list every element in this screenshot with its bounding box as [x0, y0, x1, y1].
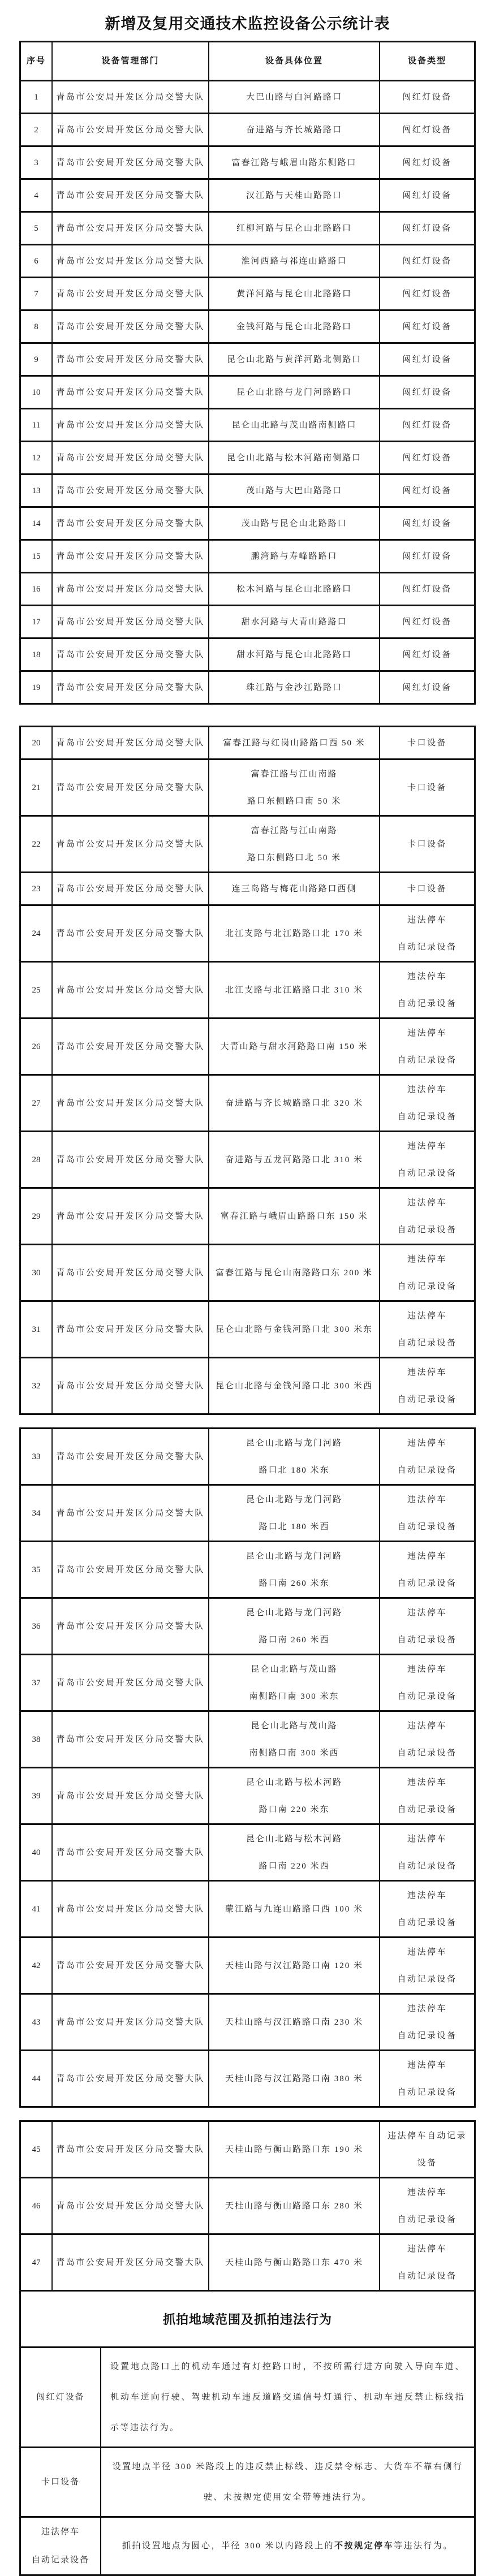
- text-line: 自动记录设备: [397, 1386, 457, 1413]
- cell-location: 昆仑山北路与龙门河路路口北 180 米东: [208, 1429, 379, 1484]
- text-line: 青岛市公安局开发区分局交警大队: [56, 116, 205, 144]
- cell-type: 违法停车自动记录设备: [379, 1995, 474, 2049]
- rows-host: 45 青岛市公安局开发区分局交警大队 天桂山路与衡山路路口东 190 米 违法停…: [21, 2122, 474, 2290]
- cell-num: 28: [21, 1132, 51, 1187]
- legend-type-cell: 卡口设备: [21, 2448, 100, 2516]
- text-line: 自动记录设备: [397, 1216, 457, 1244]
- text-line: 自动记录设备: [397, 1330, 457, 1357]
- cell-dept: 青岛市公安局开发区分局交警大队: [51, 1019, 208, 1074]
- table-row: 14 青岛市公安局开发区分局交警大队 茂山路与昆仑山北路路口 闯红灯设备: [21, 506, 474, 539]
- text-line: 昆仑山北路与黄洋河路北侧路口: [227, 346, 361, 373]
- text-line: 富春江路与昆仑山南路路口东 200 米: [216, 1259, 373, 1287]
- cell-dept: 青岛市公安局开发区分局交警大队: [51, 873, 208, 904]
- cell-location: 富春江路与峨眉山路东侧路口: [208, 147, 379, 178]
- text-line: 23: [32, 875, 41, 903]
- cell-num: 39: [21, 1768, 51, 1823]
- table-row: 43 青岛市公安局开发区分局交警大队 天桂山路与汉江路路口南 230 米 违法停…: [21, 1993, 474, 2049]
- text-line: 青岛市公安局开发区分局交警大队: [56, 576, 205, 603]
- text-line: 闯红灯设备: [402, 149, 452, 176]
- cell-type: 违法停车自动记录设备: [379, 1825, 474, 1880]
- cell-location: 天桂山路与衡山路路口东 470 米: [208, 2235, 379, 2290]
- cell-num: 15: [21, 541, 51, 572]
- cell-dept: 青岛市公安局开发区分局交警大队: [51, 508, 208, 539]
- text-line: 30: [32, 1259, 41, 1287]
- cell-type: 违法停车自动记录设备: [379, 1655, 474, 1710]
- cell-type: 违法停车自动记录设备: [379, 1019, 474, 1074]
- table-row: 10 青岛市公安局开发区分局交警大队 昆仑山北路与龙门河路路口 闯红灯设备: [21, 375, 474, 408]
- text-line: 35: [32, 1556, 41, 1583]
- cell-dept: 青岛市公安局开发区分局交警大队: [51, 963, 208, 1017]
- table-row: 21 青岛市公安局开发区分局交警大队 富春江路与江山南路路口东侧路口南 50 米…: [21, 758, 474, 815]
- text-line: 青岛市公安局开发区分局交警大队: [56, 149, 205, 176]
- cell-dept: 青岛市公安局开发区分局交警大队: [51, 672, 208, 703]
- text-line: 7: [34, 281, 38, 308]
- text-line: 昆仑山北路与龙门河路: [246, 1430, 342, 1457]
- cell-location: 昆仑山北路与松木河路南侧路口: [208, 442, 379, 473]
- cell-type: 违法停车自动记录设备: [379, 1132, 474, 1187]
- table-row: 13 青岛市公安局开发区分局交警大队 茂山路与大巴山路路口 闯红灯设备: [21, 473, 474, 506]
- cell-dept: 青岛市公安局开发区分局交警大队: [51, 727, 208, 758]
- text-line: 青岛市公安局开发区分局交警大队: [56, 1500, 205, 1527]
- text-line: 8: [34, 313, 38, 340]
- text-line: 11: [32, 412, 40, 439]
- text-line: 昆仑山北路与金钱河路口北 300 米东: [216, 1316, 373, 1343]
- text-line: 昆仑山北路与松木河路: [246, 1769, 342, 1796]
- cell-dept: 青岛市公安局开发区分局交警大队: [51, 180, 208, 211]
- text-line: 违法停车: [407, 1020, 447, 1047]
- text-line: 昆仑山北路与金钱河路口北 300 米西: [216, 1373, 373, 1400]
- cell-num: 40: [21, 1825, 51, 1880]
- cell-location: 茂山路与大巴山路路口: [208, 475, 379, 506]
- text-line: 青岛市公安局开发区分局交警大队: [56, 977, 205, 1004]
- table-row: 37 青岛市公安局开发区分局交警大队 昆仑山北路与茂山路南侧路口南 300 米东…: [21, 1654, 474, 1710]
- legend-type-cell: 违法停车自动记录设备: [21, 2518, 100, 2574]
- text-line: 青岛市公安局开发区分局交警大队: [56, 1259, 205, 1287]
- cell-location: 奋进路与齐长城路路口北 320 米: [208, 1076, 379, 1130]
- text-line: 青岛市公安局开发区分局交警大队: [56, 215, 205, 242]
- text-line: 青岛市公安局开发区分局交警大队: [56, 1316, 205, 1343]
- table-row: 1 青岛市公安局开发区分局交警大队 大巴山路与白河路路口 闯红灯设备: [21, 81, 474, 113]
- cell-num: 42: [21, 1938, 51, 1993]
- cell-dept: 青岛市公安局开发区分局交警大队: [51, 606, 208, 637]
- legend-desc-part: 等违法行为。: [394, 2542, 453, 2551]
- cell-dept: 青岛市公安局开发区分局交警大队: [51, 409, 208, 441]
- text-line: 昆仑山北路与茂山路南侧路口: [231, 412, 356, 439]
- cell-num: 20: [21, 727, 51, 758]
- stats-table-section-2: 20 青岛市公安局开发区分局交警大队 富春江路与红岗山路路口西 50 米 卡口设…: [19, 726, 476, 1415]
- legend-title: 抓拍地域范围及抓拍违法行为: [21, 2290, 474, 2346]
- cell-dept: 青岛市公安局开发区分局交警大队: [51, 1882, 208, 1936]
- table-row: 44 青岛市公安局开发区分局交警大队 天桂山路与汉江路路口南 380 米 违法停…: [21, 2049, 474, 2106]
- cell-num: 24: [21, 906, 51, 961]
- cell-type: 闯红灯设备: [379, 442, 474, 473]
- text-line: 昆仑山北路与茂山路: [251, 1656, 337, 1683]
- cell-type: 违法停车自动记录设备: [379, 1076, 474, 1130]
- cell-type: 违法停车自动记录设备: [379, 1429, 474, 1484]
- table-row: 47 青岛市公安局开发区分局交警大队 天桂山路与衡山路路口东 470 米 违法停…: [21, 2233, 474, 2290]
- text-line: 违法停车: [407, 1939, 447, 1966]
- text-line: 违法停车: [407, 1430, 447, 1457]
- text-line: 路口东侧路口南 50 米: [247, 788, 342, 815]
- cell-dept: 青岛市公安局开发区分局交警大队: [51, 2051, 208, 2106]
- text-line: 青岛市公安局开发区分局交警大队: [56, 84, 205, 111]
- text-line: 29: [32, 1203, 41, 1230]
- cell-location: 昆仑山北路与松木河路路口南 220 米东: [208, 1768, 379, 1823]
- text-line: 自动记录设备: [397, 1966, 457, 1993]
- cell-type: 闯红灯设备: [379, 541, 474, 572]
- text-line: 闯红灯设备: [402, 346, 452, 373]
- cell-location: 茂山路与昆仑山北路路口: [208, 508, 379, 539]
- header-cell-location: 设备具体位置: [208, 42, 379, 80]
- cell-location: 珠江路与金沙江路路口: [208, 672, 379, 703]
- text-line: 违法停车: [407, 1656, 447, 1683]
- cell-location: 北江支路与北江路路口北 170 米: [208, 906, 379, 961]
- text-line: 闯红灯设备: [402, 379, 452, 406]
- text-line: 45: [32, 2136, 41, 2163]
- text-line: 21: [32, 774, 41, 801]
- table-row: 40 青岛市公安局开发区分局交警大队 昆仑山北路与松木河路路口南 220 米西 …: [21, 1823, 474, 1880]
- header-cell-dept: 设备管理部门: [51, 42, 208, 80]
- text-line: 46: [32, 2193, 41, 2220]
- cell-dept: 青岛市公安局开发区分局交警大队: [51, 1429, 208, 1484]
- cell-location: 天桂山路与汉江路路口南 380 米: [208, 2051, 379, 2106]
- cell-location: 天桂山路与汉江路路口南 120 米: [208, 1938, 379, 1993]
- section-gap: [0, 2108, 495, 2120]
- cell-num: 21: [21, 760, 51, 815]
- text-line: 1: [34, 84, 38, 111]
- text-line: 青岛市公安局开发区分局交警大队: [56, 1783, 205, 1810]
- text-line: 青岛市公安局开发区分局交警大队: [56, 2193, 205, 2220]
- text-line: 富春江路与峨眉山路路口东 150 米: [220, 1203, 368, 1230]
- text-line: 2: [34, 116, 38, 144]
- cell-type: 闯红灯设备: [379, 278, 474, 309]
- cell-type: 闯红灯设备: [379, 81, 474, 113]
- text-line: 自动记录设备: [397, 1796, 457, 1823]
- text-line: 自动记录设备: [397, 1853, 457, 1880]
- cell-dept: 青岛市公安局开发区分局交警大队: [51, 1245, 208, 1300]
- text-line: 16: [32, 576, 41, 603]
- stats-table-section-3: 33 青岛市公安局开发区分局交警大队 昆仑山北路与龙门河路路口北 180 米东 …: [19, 1427, 476, 2108]
- text-line: 青岛市公安局开发区分局交警大队: [56, 1839, 205, 1866]
- cell-location: 昆仑山北路与龙门河路路口南 260 米东: [208, 1542, 379, 1597]
- text-line: 青岛市公安局开发区分局交警大队: [56, 1090, 205, 1117]
- text-line: 青岛市公安局开发区分局交警大队: [56, 641, 205, 668]
- cell-type: 闯红灯设备: [379, 672, 474, 703]
- cell-num: 34: [21, 1486, 51, 1541]
- cell-location: 大青山路与甜水河路路口南 150 米: [208, 1019, 379, 1074]
- table-row: 24 青岛市公安局开发区分局交警大队 北江支路与北江路路口北 170 米 违法停…: [21, 904, 474, 961]
- text-line: 青岛市公安局开发区分局交警大队: [56, 1146, 205, 1173]
- text-line: 自动记录设备: [397, 1570, 457, 1597]
- table-row: 29 青岛市公安局开发区分局交警大队 富春江路与峨眉山路路口东 150 米 违法…: [21, 1187, 474, 1244]
- cell-dept: 青岛市公安局开发区分局交警大队: [51, 1076, 208, 1130]
- text-line: 奋进路与五龙河路路口北 310 米: [225, 1146, 363, 1173]
- cell-dept: 青岛市公安局开发区分局交警大队: [51, 1486, 208, 1541]
- text-line: 鹏湾路与寿峰路路口: [251, 543, 337, 570]
- table-row: 30 青岛市公安局开发区分局交警大队 富春江路与昆仑山南路路口东 200 米 违…: [21, 1244, 474, 1300]
- text-line: 青岛市公安局开发区分局交警大队: [56, 477, 205, 504]
- cell-num: 37: [21, 1655, 51, 1710]
- section-gap: [0, 1415, 495, 1427]
- text-line: 38: [32, 1726, 41, 1753]
- table-row: 27 青岛市公安局开发区分局交警大队 奋进路与齐长城路路口北 320 米 违法停…: [21, 1074, 474, 1130]
- cell-num: 8: [21, 311, 51, 342]
- cell-dept: 青岛市公安局开发区分局交警大队: [51, 906, 208, 961]
- cell-location: 昆仑山北路与金钱河路口北 300 米西: [208, 1358, 379, 1413]
- text-line: 蒙江路与九连山路路口西 100 米: [225, 1896, 363, 1923]
- cell-location: 蒙江路与九连山路路口西 100 米: [208, 1882, 379, 1936]
- text-line: 12: [32, 445, 41, 472]
- cell-location: 黄洋河路与昆仑山北路路口: [208, 278, 379, 309]
- text-line: 青岛市公安局开发区分局交警大队: [56, 379, 205, 406]
- cell-type: 闯红灯设备: [379, 409, 474, 441]
- cell-type: 违法停车自动记录设备: [379, 1486, 474, 1541]
- text-line: 违法停车自动记录: [388, 2122, 467, 2150]
- text-line: 卡口设备: [407, 774, 447, 801]
- table-row: 25 青岛市公安局开发区分局交警大队 北江支路与北江路路口北 310 米 违法停…: [21, 961, 474, 1017]
- text-line: 36: [32, 1613, 41, 1640]
- text-line: 违法停车: [407, 2052, 447, 2079]
- text-line: 青岛市公安局开发区分局交警大队: [56, 774, 205, 801]
- cell-type: 闯红灯设备: [379, 606, 474, 637]
- text-line: 自动记录设备: [397, 1513, 457, 1541]
- text-line: 路口北 180 米东: [259, 1457, 329, 1484]
- text-line: 19: [32, 674, 41, 701]
- cell-num: 25: [21, 963, 51, 1017]
- cell-dept: 青岛市公安局开发区分局交警大队: [51, 147, 208, 178]
- cell-type: 闯红灯设备: [379, 180, 474, 211]
- text-line: 奋进路与齐长城路路口北 320 米: [225, 1090, 363, 1117]
- cell-type: 闯红灯设备: [379, 377, 474, 408]
- cell-num: 19: [21, 672, 51, 703]
- text-line: 金钱河路与昆仑山北路路口: [236, 313, 352, 340]
- cell-num: 45: [21, 2122, 51, 2177]
- cell-dept: 青岛市公安局开发区分局交警大队: [51, 1825, 208, 1880]
- text-line: 自动记录设备: [397, 1683, 457, 1710]
- text-line: 天桂山路与衡山路路口东 280 米: [225, 2193, 363, 2220]
- cell-num: 22: [21, 817, 51, 871]
- table-row: 32 青岛市公安局开发区分局交警大队 昆仑山北路与金钱河路口北 300 米西 违…: [21, 1357, 474, 1413]
- text-line: 汉江路与天桂山路路口: [246, 182, 342, 209]
- cell-num: 31: [21, 1302, 51, 1357]
- cell-dept: 青岛市公安局开发区分局交警大队: [51, 213, 208, 244]
- text-line: 自动记录设备: [397, 2263, 457, 2290]
- text-line: 44: [32, 2065, 41, 2092]
- text-line: 自动记录设备: [397, 1047, 457, 1074]
- cell-type: 闯红灯设备: [379, 508, 474, 539]
- cell-type: 闯红灯设备: [379, 475, 474, 506]
- text-line: 闯红灯设备: [402, 412, 452, 439]
- text-line: 违法停车: [407, 1302, 447, 1330]
- table-row: 26 青岛市公安局开发区分局交警大队 大青山路与甜水河路路口南 150 米 违法…: [21, 1017, 474, 1074]
- table-row: 6 青岛市公安局开发区分局交警大队 淮河西路与祁连山路路口 闯红灯设备: [21, 244, 474, 277]
- text-line: 青岛市公安局开发区分局交警大队: [56, 248, 205, 275]
- text-line: 甜水河路与大青山路路口: [241, 609, 347, 636]
- header-cell-num: 序号: [21, 42, 51, 80]
- cell-type: 违法停车自动记录设备: [379, 2051, 474, 2106]
- cell-type: 闯红灯设备: [379, 639, 474, 670]
- cell-location: 奋进路与齐长城路路口: [208, 114, 379, 145]
- text-line: 闯红灯设备: [402, 84, 452, 111]
- table-row: 23 青岛市公安局开发区分局交警大队 连三岛路与梅花山路路口西侧 卡口设备: [21, 871, 474, 904]
- cell-dept: 青岛市公安局开发区分局交警大队: [51, 475, 208, 506]
- text-line: 青岛市公安局开发区分局交警大队: [56, 730, 205, 757]
- cell-num: 35: [21, 1542, 51, 1597]
- table-row: 42 青岛市公安局开发区分局交警大队 天桂山路与汉江路路口南 120 米 违法停…: [21, 1936, 474, 1993]
- cell-dept: 青岛市公安局开发区分局交警大队: [51, 114, 208, 145]
- legend-row: 闯红灯设备 设置地点路口上的机动车通过有灯控路口时，不按所需行进方向驶入导向车道…: [21, 2346, 474, 2446]
- legend-row: 违法停车自动记录设备 抓拍设置地点为圆心，半径 300 米以内路段上的不按规定停…: [21, 2516, 474, 2574]
- cell-num: 33: [21, 1429, 51, 1484]
- cell-location: 富春江路与江山南路路口东侧路口南 50 米: [208, 760, 379, 815]
- text-line: 青岛市公安局开发区分局交警大队: [56, 831, 205, 858]
- text-line: 昆仑山北路与茂山路: [251, 1712, 337, 1740]
- cell-dept: 青岛市公安局开发区分局交警大队: [51, 1302, 208, 1357]
- page-title: 新增及复用交通技术监控设备公示统计表: [0, 0, 495, 41]
- cell-dept: 青岛市公安局开发区分局交警大队: [51, 1655, 208, 1710]
- text-line: 青岛市公安局开发区分局交警大队: [56, 2065, 205, 2092]
- cell-dept: 青岛市公安局开发区分局交警大队: [51, 311, 208, 342]
- table-row: 31 青岛市公安局开发区分局交警大队 昆仑山北路与金钱河路口北 300 米东 违…: [21, 1300, 474, 1357]
- cell-type: 卡口设备: [379, 873, 474, 904]
- cell-type: 闯红灯设备: [379, 114, 474, 145]
- table-row: 35 青岛市公安局开发区分局交警大队 昆仑山北路与龙门河路路口南 260 米东 …: [21, 1541, 474, 1597]
- cell-dept: 青岛市公安局开发区分局交警大队: [51, 541, 208, 572]
- text-line: 违法停车: [407, 1826, 447, 1853]
- cell-type: 违法停车自动记录设备: [379, 1542, 474, 1597]
- text-line: 违法停车: [407, 1486, 447, 1513]
- text-line: 闯红灯设备: [36, 2383, 84, 2411]
- legend-desc-part: 设置地点半径 300 米路段上的违反禁止标线、违反禁令标志、大货车不靠右侧行驶、…: [112, 2462, 463, 2502]
- text-line: 青岛市公安局开发区分局交警大队: [56, 1443, 205, 1470]
- legend-desc-cell: 设置地点路口上的机动车通过有灯控路口时，不按所需行进方向驶入导向车道、机动车逆向…: [100, 2348, 474, 2446]
- text-line: 32: [32, 1373, 41, 1400]
- cell-location: 富春江路与红岗山路路口西 50 米: [208, 727, 379, 758]
- legend-desc-part: 抓拍设置地点为圆心，半径 300 米以内路段上的: [122, 2542, 334, 2551]
- cell-dept: 青岛市公安局开发区分局交警大队: [51, 817, 208, 871]
- text-line: 自动记录设备: [397, 990, 457, 1017]
- table-row: 39 青岛市公安局开发区分局交警大队 昆仑山北路与松木河路路口南 220 米东 …: [21, 1767, 474, 1823]
- text-line: 25: [32, 977, 41, 1004]
- table-row: 33 青岛市公安局开发区分局交警大队 昆仑山北路与龙门河路路口北 180 米东 …: [21, 1429, 474, 1484]
- text-line: 18: [32, 641, 41, 668]
- text-line: 违法停车: [407, 1133, 447, 1160]
- text-line: 违法停车: [407, 1712, 447, 1740]
- cell-type: 违法停车自动记录设备: [379, 906, 474, 961]
- cell-num: 30: [21, 1245, 51, 1300]
- text-line: 路口南 220 米东: [259, 1796, 329, 1823]
- table-row: 46 青岛市公安局开发区分局交警大队 天桂山路与衡山路路口东 280 米 违法停…: [21, 2177, 474, 2233]
- text-line: 31: [32, 1316, 41, 1343]
- text-line: 13: [32, 477, 41, 504]
- text-line: 14: [32, 510, 41, 537]
- text-line: 青岛市公安局开发区分局交警大队: [56, 875, 205, 903]
- text-line: 青岛市公安局开发区分局交警大队: [56, 1896, 205, 1923]
- text-line: 违法停车: [407, 963, 447, 990]
- text-line: 青岛市公安局开发区分局交警大队: [56, 1726, 205, 1753]
- text-line: 昆仑山北路与松木河路: [246, 1826, 342, 1853]
- text-line: 自动记录设备: [397, 1160, 457, 1187]
- cell-location: 昆仑山北路与龙门河路路口南 260 米西: [208, 1599, 379, 1654]
- text-line: 闯红灯设备: [402, 116, 452, 144]
- text-line: 珠江路与金沙江路路口: [246, 674, 342, 701]
- stats-table-section-4: 45 青岛市公安局开发区分局交警大队 天桂山路与衡山路路口东 190 米 违法停…: [19, 2120, 476, 2576]
- text-line: 自动记录设备: [397, 1740, 457, 1767]
- text-line: 青岛市公安局开发区分局交警大队: [56, 313, 205, 340]
- stats-table-section-1: 序号 设备管理部门 设备具体位置 设备类型 1 青岛市公安局开发区分局交警大队 …: [19, 41, 476, 705]
- text-line: 路口北 180 米西: [259, 1513, 329, 1541]
- table-row: 3 青岛市公安局开发区分局交警大队 富春江路与峨眉山路东侧路口 闯红灯设备: [21, 145, 474, 178]
- text-line: 17: [32, 609, 41, 636]
- cell-location: 富春江路与昆仑山南路路口东 200 米: [208, 1245, 379, 1300]
- text-line: 闯红灯设备: [402, 641, 452, 668]
- table-row: 9 青岛市公安局开发区分局交警大队 昆仑山北路与黄洋河路北侧路口 闯红灯设备: [21, 342, 474, 375]
- cell-num: 43: [21, 1995, 51, 2049]
- text-line: 24: [32, 920, 41, 947]
- table-row: 28 青岛市公安局开发区分局交警大队 奋进路与五龙河路路口北 310 米 违法停…: [21, 1130, 474, 1187]
- text-line: 青岛市公安局开发区分局交警大队: [56, 1669, 205, 1697]
- cell-type: 卡口设备: [379, 817, 474, 871]
- text-line: 设备: [417, 2150, 437, 2177]
- text-line: 27: [32, 1090, 41, 1117]
- text-line: 富春江路与峨眉山路东侧路口: [231, 149, 356, 176]
- cell-location: 连三岛路与梅花山路路口西侧: [208, 873, 379, 904]
- text-line: 闯红灯设备: [402, 510, 452, 537]
- text-line: 卡口设备: [407, 730, 447, 757]
- table-row: 34 青岛市公安局开发区分局交警大队 昆仑山北路与龙门河路路口北 180 米西 …: [21, 1484, 474, 1541]
- cell-type: 卡口设备: [379, 727, 474, 758]
- legend-desc-part: 设置地点路口上的机动车通过有灯控路口时，不按所需行进方向驶入导向车道、机动车逆向…: [110, 2362, 465, 2432]
- legend-desc-cell: 设置地点半径 300 米路段上的违反禁止标线、违反禁令标志、大货车不靠右侧行驶、…: [100, 2448, 474, 2516]
- cell-dept: 青岛市公安局开发区分局交警大队: [51, 1542, 208, 1597]
- cell-num: 1: [21, 81, 51, 113]
- cell-location: 富春江路与江山南路路口东侧路口北 50 米: [208, 817, 379, 871]
- cell-num: 3: [21, 147, 51, 178]
- text-line: 富春江路与江山南路: [251, 761, 337, 788]
- cell-location: 淮河西路与祁连山路路口: [208, 245, 379, 277]
- text-line: 47: [32, 2249, 41, 2276]
- cell-dept: 青岛市公安局开发区分局交警大队: [51, 1768, 208, 1823]
- table-row: 16 青岛市公安局开发区分局交警大队 松木河路与昆仑山北路路口 闯红灯设备: [21, 572, 474, 605]
- cell-location: 松木河路与昆仑山北路路口: [208, 573, 379, 605]
- table-row: 4 青岛市公安局开发区分局交警大队 汉江路与天桂山路路口 闯红灯设备: [21, 178, 474, 211]
- cell-dept: 青岛市公安局开发区分局交警大队: [51, 2122, 208, 2177]
- text-line: 昆仑山北路与龙门河路: [246, 1543, 342, 1570]
- text-line: 3: [34, 149, 38, 176]
- cell-type: 违法停车自动记录设备: [379, 1599, 474, 1654]
- cell-location: 昆仑山北路与金钱河路口北 300 米东: [208, 1302, 379, 1357]
- text-line: 北江支路与北江路路口北 170 米: [225, 920, 363, 947]
- cell-num: 4: [21, 180, 51, 211]
- table-row: 7 青岛市公安局开发区分局交警大队 黄洋河路与昆仑山北路路口 闯红灯设备: [21, 277, 474, 309]
- text-line: 5: [34, 215, 38, 242]
- text-line: 违法停车: [407, 2179, 447, 2206]
- text-line: 闯红灯设备: [402, 313, 452, 340]
- text-line: 违法停车: [407, 1769, 447, 1796]
- text-line: 路口南 220 米西: [259, 1853, 329, 1880]
- header-cell-type: 设备类型: [379, 42, 474, 80]
- cell-dept: 青岛市公安局开发区分局交警大队: [51, 1938, 208, 1993]
- table-row: 38 青岛市公安局开发区分局交警大队 昆仑山北路与茂山路南侧路口南 300 米西…: [21, 1710, 474, 1767]
- text-line: 自动记录设备: [397, 1626, 457, 1654]
- cell-type: 闯红灯设备: [379, 311, 474, 342]
- cell-type: 违法停车自动记录设备: [379, 1245, 474, 1300]
- cell-num: 14: [21, 508, 51, 539]
- text-line: 青岛市公安局开发区分局交警大队: [56, 674, 205, 701]
- cell-num: 2: [21, 114, 51, 145]
- cell-num: 47: [21, 2235, 51, 2290]
- cell-location: 金钱河路与昆仑山北路路口: [208, 311, 379, 342]
